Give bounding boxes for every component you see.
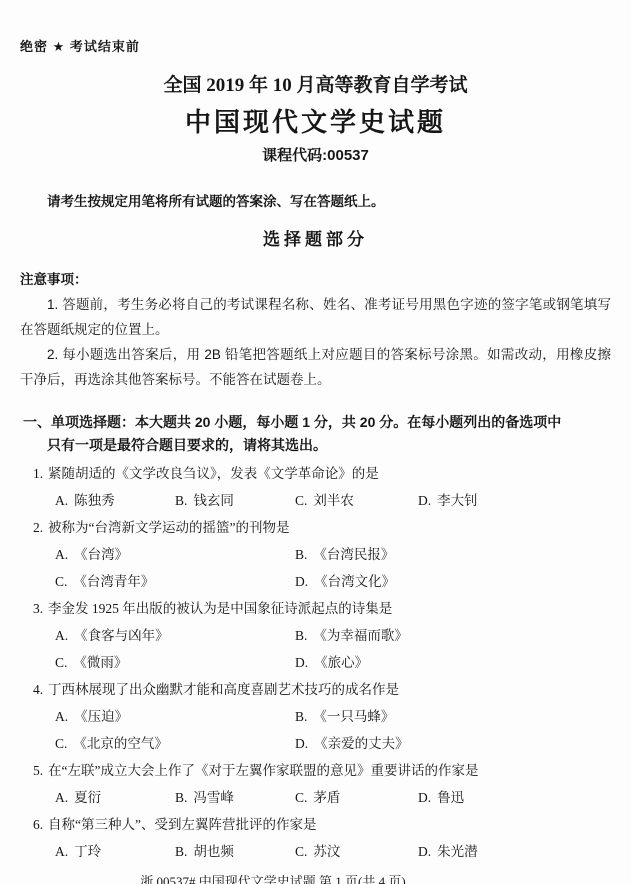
option-label: A. <box>55 493 68 508</box>
option-label: D. <box>295 736 308 751</box>
notes-heading: 注意事项： <box>20 267 611 292</box>
option-a: A.丁玲 <box>55 838 175 865</box>
option-text: 李大钊 <box>437 493 478 508</box>
option-c: C.茅盾 <box>295 784 418 811</box>
option-c: C.苏汶 <box>295 838 418 865</box>
option-text: 《台湾文化》 <box>314 574 395 589</box>
options-grid: A.《压迫》 B.《一只马蜂》 C.《北京的空气》 D.《亲爱的丈夫》 <box>55 703 611 757</box>
question-6: 6. 自称“第三种人”、受到左翼阵营批评的作家是 A.丁玲 B.胡也频 C.苏汶… <box>33 811 611 865</box>
option-label: C. <box>295 493 307 508</box>
option-a: A.夏衍 <box>55 784 175 811</box>
option-text: 《亲爱的丈夫》 <box>314 736 409 751</box>
page-footer: 浙 00537# 中国现代文学史试题 第 1 页(共 4 页) <box>20 872 611 884</box>
exam-page: 绝密 ★ 考试结束前 全国 2019 年 10 月高等教育自学考试 中国现代文学… <box>0 0 631 884</box>
option-text: 胡也频 <box>193 844 234 859</box>
option-a: A.《台湾》 <box>55 541 295 568</box>
option-d: D.《亲爱的丈夫》 <box>295 730 611 757</box>
option-label: B. <box>175 493 187 508</box>
option-text: 《压迫》 <box>74 709 128 724</box>
option-text: 《北京的空气》 <box>73 736 168 751</box>
option-c: C.《台湾青年》 <box>55 568 295 595</box>
option-b: B.《台湾民报》 <box>295 541 611 568</box>
option-text: 《台湾青年》 <box>73 574 154 589</box>
option-b: B.钱玄同 <box>175 487 295 514</box>
question-stem: 在“左联”成立大会上作了《对于左翼作家联盟的意见》重要讲话的作家是 <box>48 757 611 784</box>
option-d: D.《旅心》 <box>295 649 611 676</box>
option-d: D.李大钊 <box>418 487 611 514</box>
question-2: 2. 被称为“台湾新文学运动的摇篮”的刊物是 A.《台湾》 B.《台湾民报》 C… <box>33 514 611 595</box>
option-b: B.冯雪峰 <box>175 784 295 811</box>
question-number: 6. <box>33 811 48 838</box>
option-label: D. <box>418 493 431 508</box>
classification-banner: 绝密 ★ 考试结束前 <box>20 36 611 55</box>
option-text: 鲁迅 <box>437 790 464 805</box>
option-b: B.胡也频 <box>175 838 295 865</box>
option-c: C.《北京的空气》 <box>55 730 295 757</box>
option-label: C. <box>55 574 67 589</box>
option-label: A. <box>55 844 68 859</box>
option-label: D. <box>295 574 308 589</box>
page-title: 中国现代文学史试题 <box>20 102 611 139</box>
option-text: 茅盾 <box>313 790 340 805</box>
options-row: A.陈独秀 B.钱玄同 C.刘半农 D.李大钊 <box>55 487 611 514</box>
options-row: A.丁玲 B.胡也频 C.苏汶 D.朱光潜 <box>55 838 611 865</box>
part-heading-line-1: 一、单项选择题：本大题共 20 小题，每小题 1 分，共 20 分。在每小题列出… <box>23 411 611 434</box>
option-c: C.《微雨》 <box>55 649 295 676</box>
option-label: B. <box>295 628 307 643</box>
question-number: 4. <box>33 676 48 703</box>
note-item-1: 1. 答题前，考生务必将自己的考试课程名称、姓名、准考证号用黑色字迹的签字笔或钢… <box>20 292 611 342</box>
question-list: 1. 紧随胡适的《文学改良刍议》，发表《文学革命论》的是 A.陈独秀 B.钱玄同… <box>20 460 611 865</box>
option-label: B. <box>175 790 187 805</box>
option-text: 《一只马蜂》 <box>313 709 394 724</box>
question-number: 1. <box>33 460 48 487</box>
option-text: 朱光潜 <box>437 844 478 859</box>
option-label: D. <box>418 844 431 859</box>
option-text: 陈独秀 <box>74 493 115 508</box>
question-number: 5. <box>33 757 48 784</box>
question-number: 2. <box>33 514 48 541</box>
option-a: A.《压迫》 <box>55 703 295 730</box>
section-title: 选择题部分 <box>20 225 611 250</box>
notes-block: 注意事项： 1. 答题前，考生务必将自己的考试课程名称、姓名、准考证号用黑色字迹… <box>20 267 611 392</box>
option-d: D.《台湾文化》 <box>295 568 611 595</box>
option-label: A. <box>55 709 68 724</box>
question-5: 5. 在“左联”成立大会上作了《对于左翼作家联盟的意见》重要讲话的作家是 A.夏… <box>33 757 611 811</box>
option-label: B. <box>175 844 187 859</box>
question-stem: 自称“第三种人”、受到左翼阵营批评的作家是 <box>48 811 611 838</box>
option-text: 《食客与凶年》 <box>74 628 169 643</box>
option-label: B. <box>295 547 307 562</box>
option-text: 丁玲 <box>74 844 101 859</box>
option-label: B. <box>295 709 307 724</box>
note-item-2: 2. 每小题选出答案后，用 2B 铅笔把答题纸上对应题目的答案标号涂黑。如需改动… <box>20 342 611 392</box>
options-grid: A.《食客与凶年》 B.《为幸福而歌》 C.《微雨》 D.《旅心》 <box>55 622 611 676</box>
option-b: B.《为幸福而歌》 <box>295 622 611 649</box>
course-code: 课程代码:00537 <box>20 144 611 165</box>
option-text: 冯雪峰 <box>193 790 234 805</box>
option-label: A. <box>55 790 68 805</box>
option-label: D. <box>295 655 308 670</box>
option-text: 《台湾民报》 <box>313 547 394 562</box>
option-d: D.鲁迅 <box>418 784 611 811</box>
option-text: 钱玄同 <box>193 493 234 508</box>
option-text: 《台湾》 <box>74 547 128 562</box>
option-d: D.朱光潜 <box>418 838 611 865</box>
option-text: 《为幸福而歌》 <box>313 628 408 643</box>
answer-instruction: 请考生按规定用笔将所有试题的答案涂、写在答题纸上。 <box>20 190 611 210</box>
question-number: 3. <box>33 595 48 622</box>
option-text: 《微雨》 <box>73 655 127 670</box>
option-label: C. <box>295 844 307 859</box>
option-c: C.刘半农 <box>295 487 418 514</box>
question-3: 3. 李金发 1925 年出版的被认为是中国象征诗派起点的诗集是 A.《食客与凶… <box>33 595 611 676</box>
options-row: A.夏衍 B.冯雪峰 C.茅盾 D.鲁迅 <box>55 784 611 811</box>
question-stem: 被称为“台湾新文学运动的摇篮”的刊物是 <box>48 514 611 541</box>
question-stem: 丁西林展现了出众幽默才能和高度喜剧艺术技巧的成名作是 <box>48 676 611 703</box>
option-a: A.《食客与凶年》 <box>55 622 295 649</box>
question-1: 1. 紧随胡适的《文学改良刍议》，发表《文学革命论》的是 A.陈独秀 B.钱玄同… <box>33 460 611 514</box>
exam-session-title: 全国 2019 年 10 月高等教育自学考试 <box>20 70 611 97</box>
option-label: C. <box>55 736 67 751</box>
option-b: B.《一只马蜂》 <box>295 703 611 730</box>
option-text: 《旅心》 <box>314 655 368 670</box>
question-stem: 紧随胡适的《文学改良刍议》，发表《文学革命论》的是 <box>48 460 611 487</box>
option-a: A.陈独秀 <box>55 487 175 514</box>
option-label: C. <box>55 655 67 670</box>
question-4: 4. 丁西林展现了出众幽默才能和高度喜剧艺术技巧的成名作是 A.《压迫》 B.《… <box>33 676 611 757</box>
part-heading: 一、单项选择题：本大题共 20 小题，每小题 1 分，共 20 分。在每小题列出… <box>23 411 611 457</box>
option-label: D. <box>418 790 431 805</box>
option-text: 夏衍 <box>74 790 101 805</box>
options-grid: A.《台湾》 B.《台湾民报》 C.《台湾青年》 D.《台湾文化》 <box>55 541 611 595</box>
option-label: A. <box>55 628 68 643</box>
part-heading-line-2: 只有一项是最符合题目要求的，请将其选出。 <box>23 434 611 457</box>
option-text: 刘半农 <box>313 493 354 508</box>
option-label: A. <box>55 547 68 562</box>
option-label: C. <box>295 790 307 805</box>
option-text: 苏汶 <box>313 844 340 859</box>
question-stem: 李金发 1925 年出版的被认为是中国象征诗派起点的诗集是 <box>48 595 611 622</box>
